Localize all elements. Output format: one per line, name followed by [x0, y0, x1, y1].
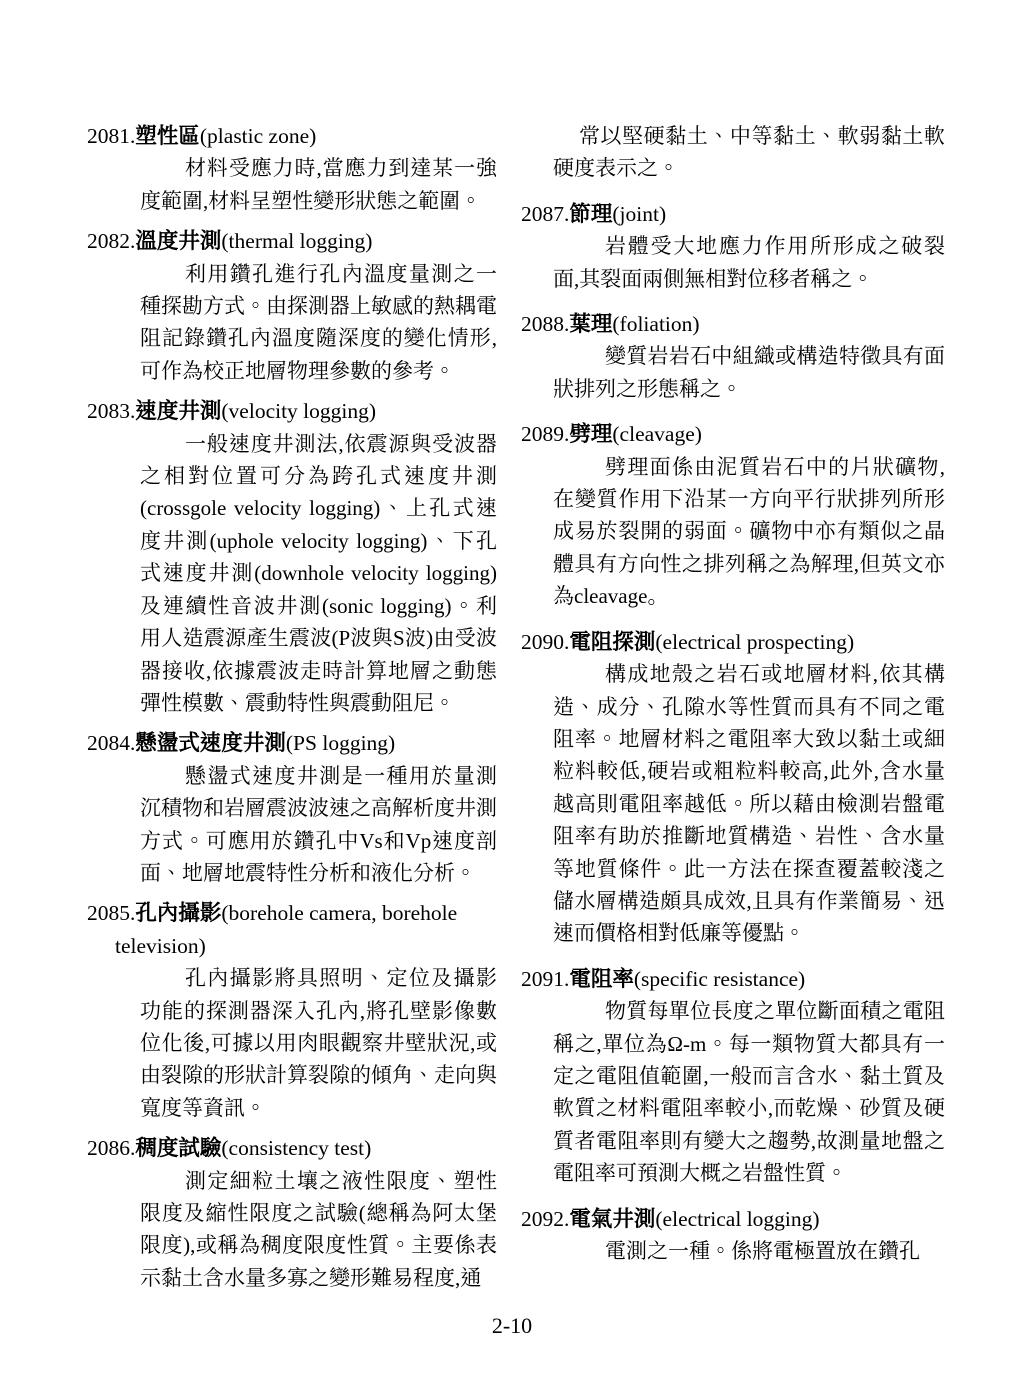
entry-term: 溫度井測 — [135, 229, 221, 253]
entry-term-english: (foliation) — [612, 312, 699, 336]
entry-number: 2084. — [87, 731, 135, 755]
entry-definition: 電測之一種。係將電極置放在鑽孔 — [553, 1235, 945, 1267]
entry-number: 2089. — [521, 422, 569, 446]
entry-term: 節理 — [569, 202, 612, 226]
entry-term: 懸盪式速度井測 — [135, 731, 286, 755]
entry-definition: 變質岩岩石中組織或構造特徵具有面狀排列之形態稱之。 — [553, 340, 945, 405]
entry-term: 電阻探測 — [569, 630, 655, 654]
entry-number: 2086. — [87, 1136, 135, 1160]
entry-term: 劈理 — [569, 422, 612, 446]
entry-heading: 2085.孔內攝影(borehole camera, borehole tele… — [87, 897, 497, 962]
entry-term-english: (cleavage) — [612, 422, 702, 446]
entry-heading: 2083.速度井測(velocity logging) — [87, 395, 497, 427]
left-column: 2081.塑性區(plastic zone)材料受應力時,當應力到達某一強度範圍… — [87, 120, 497, 1294]
entry-number: 2088. — [521, 312, 569, 336]
glossary-entry: 2092.電氣井測(electrical logging)電測之一種。係將電極置… — [521, 1203, 945, 1268]
entry-definition: 利用鑽孔進行孔內溫度量測之一種探勘方式。由探測器上敏感的熱耦電阻記錄鑽孔內溫度隨… — [140, 258, 497, 388]
entry-definition: 孔內攝影將具照明、定位及攝影功能的探測器深入孔內,將孔壁影像數位化後,可據以用肉… — [140, 962, 497, 1124]
entry-heading: 2084.懸盪式速度井測(PS logging) — [87, 727, 497, 759]
entry-term: 稠度試驗 — [135, 1136, 221, 1160]
entry-term: 電氣井測 — [569, 1207, 655, 1231]
glossary-entry: 2091.電阻率(specific resistance)物質每單位長度之單位斷… — [521, 963, 945, 1190]
entry-number: 2087. — [521, 202, 569, 226]
entry-heading: 2088.葉理(foliation) — [521, 308, 945, 340]
glossary-entry: 2082.溫度井測(thermal logging)利用鑽孔進行孔內溫度量測之一… — [87, 225, 497, 387]
entry-number: 2082. — [87, 229, 135, 253]
entry-definition: 一般速度井測法,依震源與受波器之相對位置可分為跨孔式速度井測(crossgole… — [140, 428, 497, 720]
entry-heading: 2089.劈理(cleavage) — [521, 418, 945, 450]
entry-number: 2083. — [87, 399, 135, 423]
entry-heading: 2081.塑性區(plastic zone) — [87, 120, 497, 152]
continuation-paragraph: 常以堅硬黏土、中等黏土、軟弱黏土軟硬度表示之。 — [553, 120, 945, 185]
entry-heading: 2090.電阻探測(electrical prospecting) — [521, 626, 945, 658]
glossary-entry: 2086.稠度試驗(consistency test)測定細粒土壤之液性限度、塑… — [87, 1132, 497, 1294]
glossary-entry: 2081.塑性區(plastic zone)材料受應力時,當應力到達某一強度範圍… — [87, 120, 497, 217]
entry-term-english: (plastic zone) — [200, 124, 316, 148]
entry-term-english: (specific resistance) — [634, 967, 805, 991]
entry-term: 速度井測 — [135, 399, 221, 423]
entry-definition: 物質每單位長度之單位斷面積之電阻稱之,單位為Ω-m。每一類物質大都具有一定之電阻… — [553, 995, 945, 1189]
glossary-entry: 2084.懸盪式速度井測(PS logging)懸盪式速度井測是一種用於量測沉積… — [87, 727, 497, 889]
entry-definition: 材料受應力時,當應力到達某一強度範圍,材料呈塑性變形狀態之範圍。 — [140, 152, 497, 217]
entry-heading: 2092.電氣井測(electrical logging) — [521, 1203, 945, 1235]
entry-number: 2092. — [521, 1207, 569, 1231]
entry-term: 塑性區 — [135, 124, 200, 148]
page-number: 2-10 — [0, 1313, 1024, 1339]
entry-definition: 構成地殼之岩石或地層材料,依其構造、成分、孔隙水等性質而具有不同之電阻率。地層材… — [553, 658, 945, 950]
entry-term: 電阻率 — [569, 967, 634, 991]
glossary-entry: 2083.速度井測(velocity logging)一般速度井測法,依震源與受… — [87, 395, 497, 719]
glossary-entry: 2088.葉理(foliation)變質岩岩石中組織或構造特徵具有面狀排列之形態… — [521, 308, 945, 405]
entry-term-english: (consistency test) — [221, 1136, 371, 1160]
entry-definition: 測定細粒土壤之液性限度、塑性限度及縮性限度之試驗(總稱為阿太堡限度),或稱為稠度… — [140, 1165, 497, 1295]
entry-term: 葉理 — [569, 312, 612, 336]
entry-heading: 2086.稠度試驗(consistency test) — [87, 1132, 497, 1164]
right-column: 常以堅硬黏土、中等黏土、軟弱黏土軟硬度表示之。2087.節理(joint)岩體受… — [521, 120, 945, 1267]
entry-term-english: (joint) — [612, 202, 666, 226]
entry-term-english: (PS logging) — [286, 731, 395, 755]
entry-heading: 2082.溫度井測(thermal logging) — [87, 225, 497, 257]
entry-heading: 2087.節理(joint) — [521, 198, 945, 230]
entry-term-english: (electrical prospecting) — [655, 630, 854, 654]
entry-number: 2085. — [87, 901, 135, 925]
glossary-entry: 2089.劈理(cleavage)劈理面係由泥質岩石中的片狀礦物,在變質作用下沿… — [521, 418, 945, 612]
entry-term-english: (thermal logging) — [221, 229, 372, 253]
glossary-page: 2081.塑性區(plastic zone)材料受應力時,當應力到達某一強度範圍… — [0, 0, 1024, 1400]
entry-definition: 懸盪式速度井測是一種用於量測沉積物和岩層震波波速之高解析度井測方式。可應用於鑽孔… — [140, 760, 497, 890]
entry-definition: 岩體受大地應力作用所形成之破裂面,其裂面兩側無相對位移者稱之。 — [553, 230, 945, 295]
glossary-entry: 2085.孔內攝影(borehole camera, borehole tele… — [87, 897, 497, 1124]
two-column-text-area: 2081.塑性區(plastic zone)材料受應力時,當應力到達某一強度範圍… — [87, 120, 945, 1294]
entry-term: 孔內攝影 — [135, 901, 221, 925]
entry-number: 2081. — [87, 124, 135, 148]
entry-term-english: (electrical logging) — [655, 1207, 819, 1231]
entry-term-english: (velocity logging) — [221, 399, 376, 423]
entry-definition: 劈理面係由泥質岩石中的片狀礦物,在變質作用下沿某一方向平行狀排列所形成易於裂開的… — [553, 451, 945, 613]
entry-number: 2090. — [521, 630, 569, 654]
entry-heading: 2091.電阻率(specific resistance) — [521, 963, 945, 995]
entry-number: 2091. — [521, 967, 569, 991]
glossary-entry: 2090.電阻探測(electrical prospecting)構成地殼之岩石… — [521, 626, 945, 950]
glossary-entry: 2087.節理(joint)岩體受大地應力作用所形成之破裂面,其裂面兩側無相對位… — [521, 198, 945, 295]
